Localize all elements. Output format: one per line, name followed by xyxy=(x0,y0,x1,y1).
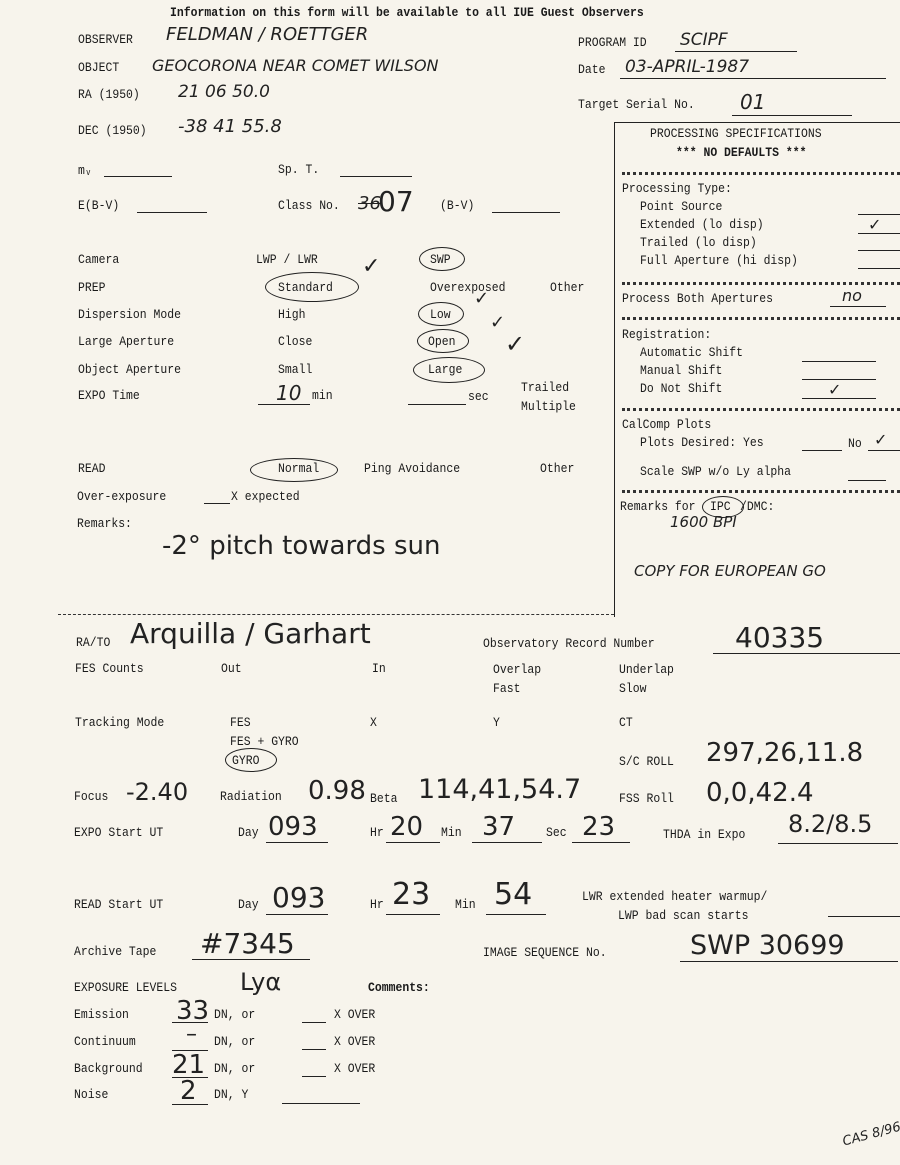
remarks-value[interactable]: -2° pitch towards sun xyxy=(162,533,441,559)
fes-slow-label: Slow xyxy=(619,682,646,695)
program-id-label: PROGRAM ID xyxy=(578,36,647,49)
beta-value[interactable]: 114,41,54.7 xyxy=(418,776,581,803)
mv-label: mᵥ xyxy=(78,164,92,177)
continuum-over-label: X OVER xyxy=(334,1035,375,1048)
background-over-label: X OVER xyxy=(334,1062,375,1075)
continuum-value[interactable]: – xyxy=(186,1024,197,1046)
object-label: OBJECT xyxy=(78,61,119,74)
serial-value[interactable]: 01 xyxy=(740,92,765,112)
plots-yes-field[interactable] xyxy=(802,450,842,451)
exposure-line-value[interactable]: Lyα xyxy=(240,970,281,994)
processing-type-full: Full Aperture (hi disp) xyxy=(640,254,798,267)
overexposure-label: Over-exposure xyxy=(77,490,166,503)
expo-hr-label: Hr xyxy=(370,826,384,839)
image-sequence-value[interactable]: SWP 30699 xyxy=(690,932,845,959)
tracking-option-fes-gyro[interactable]: FES + GYRO xyxy=(230,735,299,748)
prep-option-other[interactable]: Other xyxy=(550,281,584,294)
continuum-label: Continuum xyxy=(74,1035,136,1048)
record-number-value[interactable]: 40335 xyxy=(735,624,824,652)
background-dn-label: DN, or xyxy=(214,1062,255,1075)
sc-roll-value[interactable]: 297,26,11.8 xyxy=(706,740,863,766)
focus-label: Focus xyxy=(74,790,108,803)
dispersion-label: Dispersion Mode xyxy=(78,308,181,321)
read-hr-value[interactable]: 23 xyxy=(392,880,430,910)
rato-label: RA/TO xyxy=(76,636,110,649)
lwp-bad-scan-label: LWP bad scan starts xyxy=(618,909,748,922)
processing-type-extended: Extended (lo disp) xyxy=(640,218,764,231)
expo-hr-value[interactable]: 20 xyxy=(390,814,423,840)
radiation-value[interactable]: 0.98 xyxy=(308,778,366,804)
class-value[interactable]: 07 xyxy=(378,188,414,216)
read-start-label: READ Start UT xyxy=(74,898,163,911)
noise-label: Noise xyxy=(74,1088,108,1101)
large-aperture-label: Large Aperture xyxy=(78,335,174,348)
processing-type-trailed-field[interactable] xyxy=(858,250,900,251)
beta-label: Beta xyxy=(370,792,397,805)
calcomp-label: CalComp Plots xyxy=(622,418,711,431)
expo-min-label: min xyxy=(312,389,333,402)
read-option-ping[interactable]: Ping Avoidance xyxy=(364,462,460,475)
expo-sec-label: sec xyxy=(468,390,489,403)
remarks-label: Remarks: xyxy=(77,517,132,530)
plots-desired-label: Plots Desired: Yes xyxy=(640,436,764,449)
processing-title: PROCESSING SPECIFICATIONS xyxy=(650,127,822,140)
thda-label: THDA in Expo xyxy=(663,828,745,841)
thda-value[interactable]: 8.2/8.5 xyxy=(788,812,872,836)
check-icon: ✓ xyxy=(868,215,881,234)
camera-label: Camera xyxy=(78,253,119,266)
read-day-label: Day xyxy=(238,898,259,911)
dec-label: DEC (1950) xyxy=(78,124,147,137)
archive-tape-value[interactable]: #7345 xyxy=(200,930,295,958)
fss-roll-value[interactable]: 0,0,42.4 xyxy=(706,780,814,806)
section-divider xyxy=(58,614,614,615)
fes-out-label: Out xyxy=(221,662,242,675)
check-icon: ✓ xyxy=(874,430,887,449)
fss-roll-label: FSS Roll xyxy=(619,792,674,805)
processing-subtitle: *** NO DEFAULTS *** xyxy=(676,146,806,159)
read-day-value[interactable]: 093 xyxy=(272,884,325,912)
noise-value[interactable]: 2 xyxy=(180,1078,197,1104)
tracking-mode-label: Tracking Mode xyxy=(75,716,164,729)
processing-type-full-field[interactable] xyxy=(858,268,900,269)
sc-roll-label: S/C ROLL xyxy=(619,755,674,768)
dec-value[interactable]: -38 41 55.8 xyxy=(178,118,282,136)
expo-trailed-label[interactable]: Trailed xyxy=(521,381,569,394)
object-aperture-label: Object Aperture xyxy=(78,363,181,376)
object-aperture-selected-circle xyxy=(413,357,485,383)
check-icon: ✓ xyxy=(362,254,380,279)
expo-day-value[interactable]: 093 xyxy=(268,814,318,840)
expo-time-label: EXPO Time xyxy=(78,389,140,402)
exposure-levels-label: EXPOSURE LEVELS xyxy=(74,981,177,994)
remarks-dmc-label: /DMC: xyxy=(740,500,774,513)
noise-dn-label: DN, Y xyxy=(214,1088,248,1101)
read-min-value[interactable]: 54 xyxy=(494,880,532,910)
observer-value[interactable]: FELDMAN / ROETTGER xyxy=(166,26,368,44)
spt-label: Sp. T. xyxy=(278,163,319,176)
emission-over-field[interactable] xyxy=(302,1022,326,1023)
dispersion-option-high[interactable]: High xyxy=(278,308,305,321)
remarks-ipc-value-1[interactable]: 1600 BPI xyxy=(670,515,737,530)
initials: CAS 8/96 xyxy=(841,1121,900,1149)
serial-label: Target Serial No. xyxy=(578,98,695,111)
processing-type-trailed: Trailed (lo disp) xyxy=(640,236,757,249)
registration-automatic: Automatic Shift xyxy=(640,346,743,359)
class-label: Class No. xyxy=(278,199,340,212)
fes-fast-label: Fast xyxy=(493,682,520,695)
registration-automatic-field[interactable] xyxy=(802,361,876,362)
background-label: Background xyxy=(74,1062,143,1075)
date-label: Date xyxy=(578,63,605,76)
expo-start-label: EXPO Start UT xyxy=(74,826,163,839)
fes-underlap-label: Underlap xyxy=(619,663,674,676)
emission-over-label: X OVER xyxy=(334,1008,375,1021)
observer-label: OBSERVER xyxy=(78,33,133,46)
date-value[interactable]: 03-APRIL-1987 xyxy=(625,59,749,76)
background-value[interactable]: 21 xyxy=(172,1052,205,1078)
scale-swp-field[interactable] xyxy=(848,480,886,481)
check-icon: ✓ xyxy=(474,288,489,309)
fes-overlap-label: Overlap xyxy=(493,663,541,676)
registration-do-not-shift: Do Not Shift xyxy=(640,382,722,395)
check-icon: ✓ xyxy=(828,380,841,399)
emission-dn-label: DN, or xyxy=(214,1008,255,1021)
expo-sec-label: Sec xyxy=(546,826,567,839)
process-both-label: Process Both Apertures xyxy=(622,292,773,305)
ebv-label: E(B-V) xyxy=(78,199,119,212)
processing-type-point: Point Source xyxy=(640,200,722,213)
process-both-value[interactable]: no xyxy=(842,288,862,304)
ra-label: RA (1950) xyxy=(78,88,140,101)
remarks-for-label: Remarks for xyxy=(620,500,696,513)
object-value[interactable]: GEOCORONA NEAR COMET WILSON xyxy=(152,58,439,74)
expo-multiple-label[interactable]: Multiple xyxy=(521,400,576,413)
continuum-over-field[interactable] xyxy=(302,1049,326,1050)
focus-value[interactable]: -2.40 xyxy=(126,780,188,804)
tracking-selected-circle xyxy=(225,748,277,772)
dispersion-selected-circle xyxy=(418,302,464,326)
read-selected-circle xyxy=(250,458,338,482)
read-option-other[interactable]: Other xyxy=(540,462,574,475)
emission-label: Emission xyxy=(74,1008,129,1021)
check-icon: ✓ xyxy=(490,312,505,333)
camera-selected-circle xyxy=(419,247,465,271)
fes-in-label: In xyxy=(372,662,386,675)
radiation-label: Radiation xyxy=(220,790,282,803)
prep-selected-circle xyxy=(265,272,359,302)
program-id-value[interactable]: SCIPF xyxy=(680,32,728,49)
overexposure-suffix: X expected xyxy=(231,490,300,503)
read-hr-label: Hr xyxy=(370,898,384,911)
large-aperture-selected-circle xyxy=(417,329,469,353)
bv-label: (B-V) xyxy=(440,199,474,212)
plots-no-field[interactable] xyxy=(868,450,900,451)
emission-value[interactable]: 33 xyxy=(176,998,209,1024)
object-aperture-option-small[interactable]: Small xyxy=(278,363,312,376)
prep-label: PREP xyxy=(78,281,105,294)
check-icon: ✓ xyxy=(505,330,525,358)
registration-label: Registration: xyxy=(622,328,711,341)
expo-sec-value[interactable]: 23 xyxy=(582,814,615,840)
expo-time-min-value[interactable]: 10 xyxy=(276,383,301,403)
tracking-ct-label: CT xyxy=(619,716,633,729)
plots-no-label: No xyxy=(848,437,862,450)
continuum-dn-label: DN, or xyxy=(214,1035,255,1048)
expo-day-label: Day xyxy=(238,826,259,839)
record-number-label: Observatory Record Number xyxy=(483,637,655,650)
archive-tape-label: Archive Tape xyxy=(74,945,156,958)
fes-counts-label: FES Counts xyxy=(75,662,144,675)
expo-min-label: Min xyxy=(441,826,462,839)
ra-value[interactable]: 21 06 50.0 xyxy=(178,84,270,101)
image-sequence-label: IMAGE SEQUENCE No. xyxy=(483,946,607,959)
processing-type-label: Processing Type: xyxy=(622,182,732,195)
prep-option-overexposed[interactable]: Overexposed xyxy=(430,281,506,294)
comments-label: Comments: xyxy=(368,981,430,994)
noise-y-field[interactable] xyxy=(282,1103,360,1104)
rato-value[interactable]: Arquilla / Garhart xyxy=(130,620,371,648)
form-notice: Information on this form will be availab… xyxy=(170,6,644,19)
read-label: READ xyxy=(78,462,105,475)
tracking-y-label: Y xyxy=(493,716,500,729)
registration-manual: Manual Shift xyxy=(640,364,722,377)
background-over-field[interactable] xyxy=(302,1076,326,1077)
camera-option-lwp[interactable]: LWP / LWR xyxy=(256,253,318,266)
expo-min-value[interactable]: 37 xyxy=(482,814,515,840)
lwr-heater-label: LWR extended heater warmup/ xyxy=(582,890,767,903)
scale-swp-label: Scale SWP w/o Ly alpha xyxy=(640,465,791,478)
tracking-x-label: X xyxy=(370,716,377,729)
lwp-bad-scan-field[interactable] xyxy=(828,916,900,917)
large-aperture-option-close[interactable]: Close xyxy=(278,335,312,348)
remarks-ipc-value-2[interactable]: COPY FOR EUROPEAN GO xyxy=(634,564,826,579)
tracking-option-fes[interactable]: FES xyxy=(230,716,251,729)
read-min-label: Min xyxy=(455,898,476,911)
